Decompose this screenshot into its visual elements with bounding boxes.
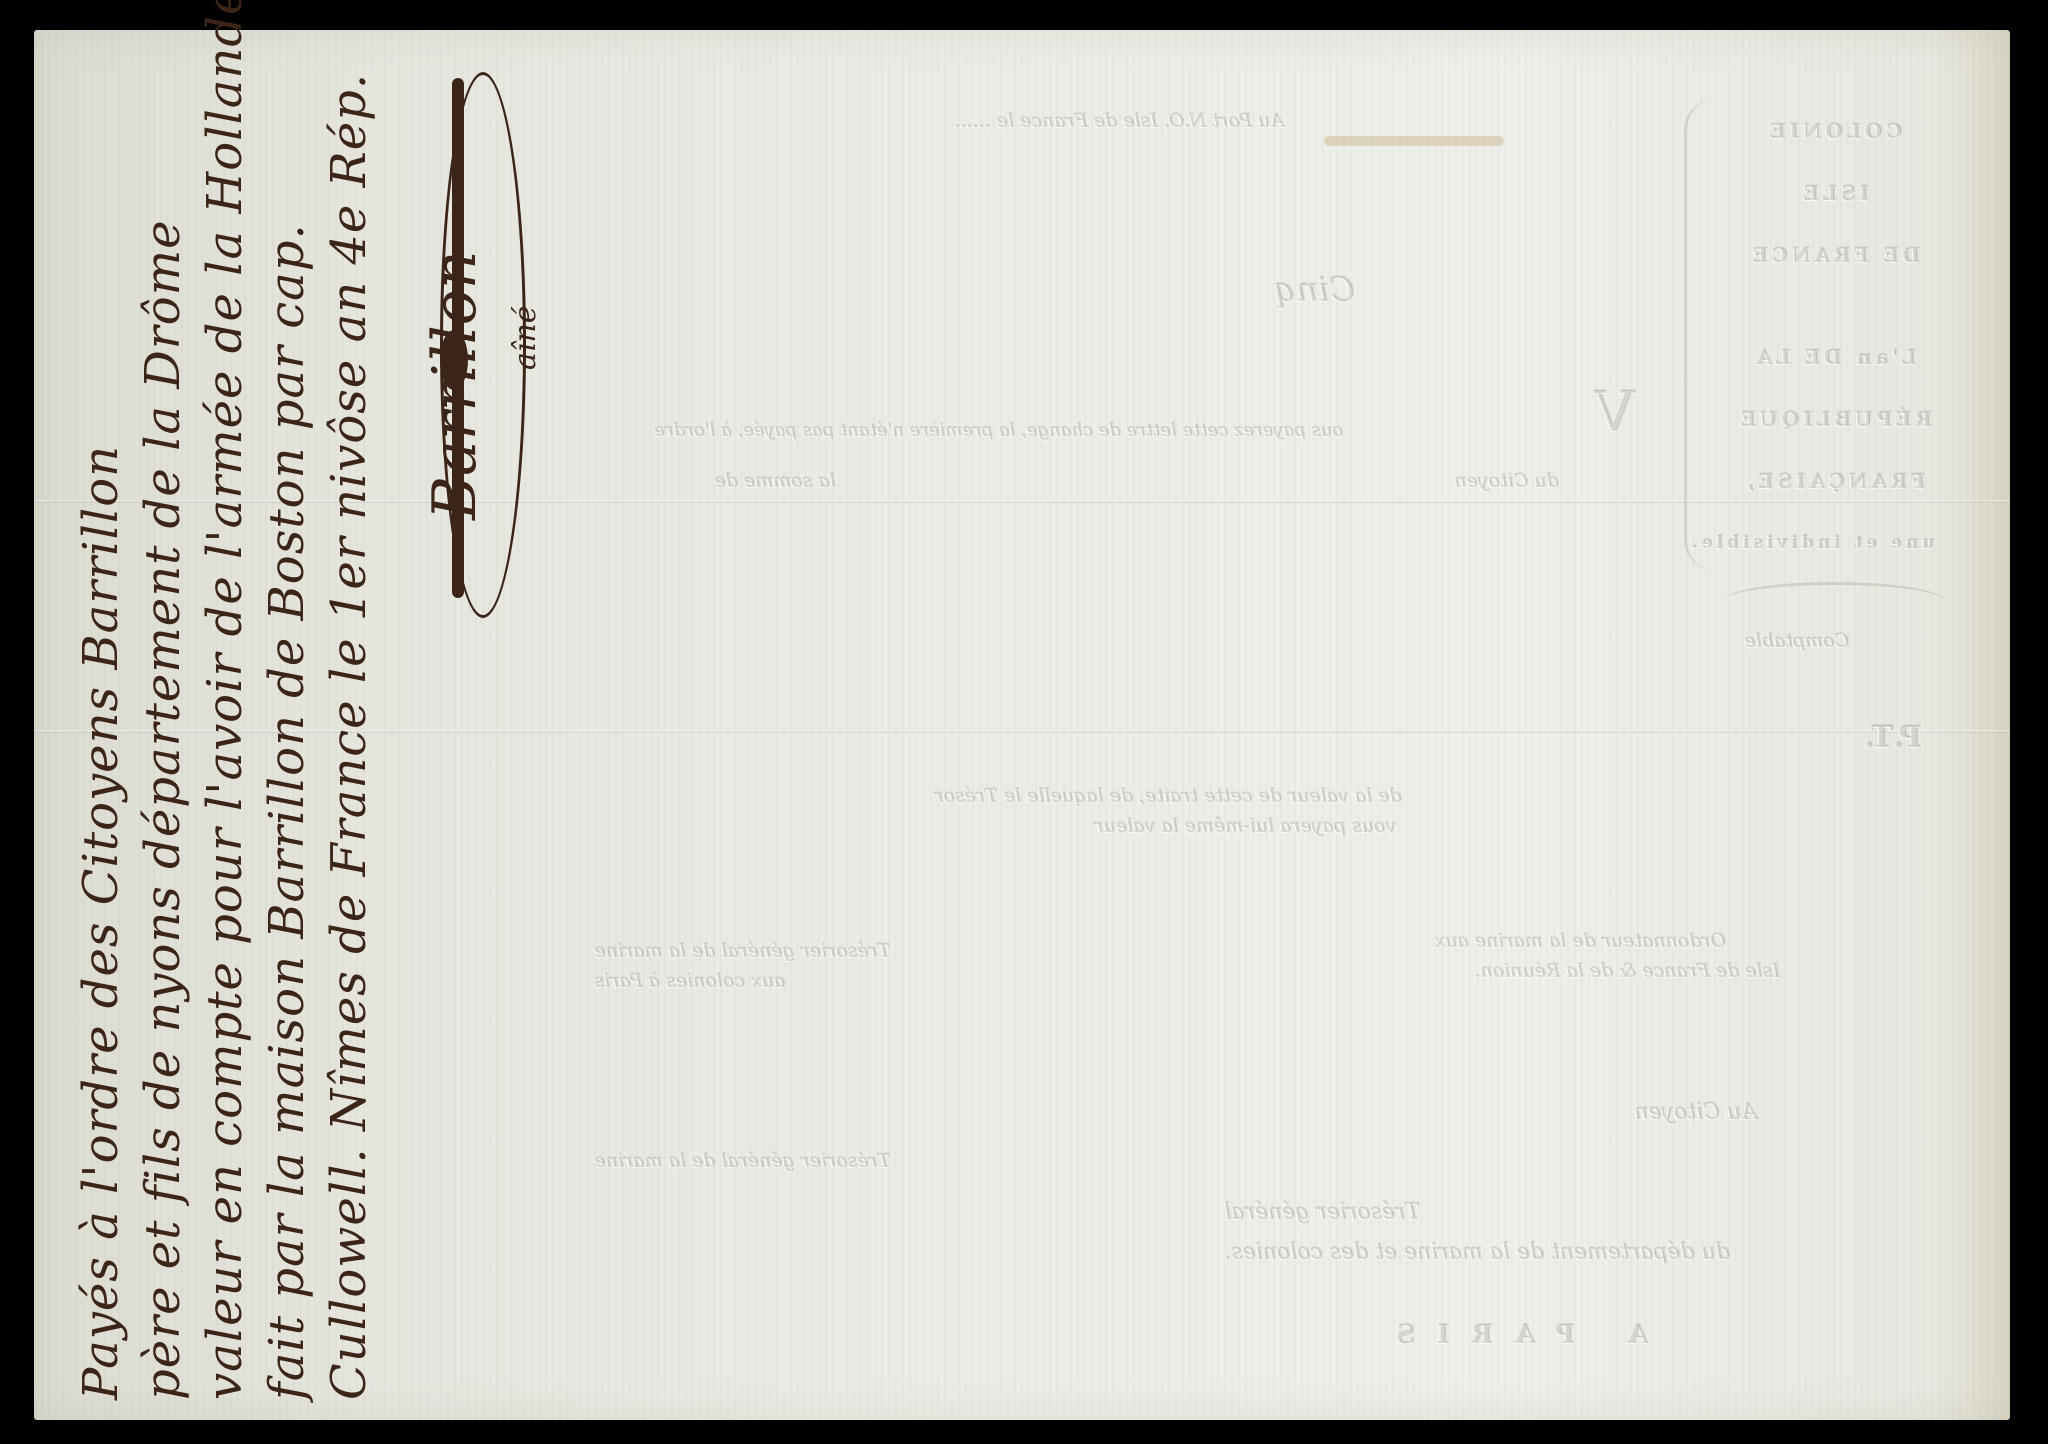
ordonnateur-line: Ordonnateur de la marine aux	[1434, 930, 1726, 952]
comptable-label: Comptable	[1744, 630, 1849, 652]
header-line: L'an DE LA	[1734, 326, 1934, 388]
header-line: une et indivisible.	[1734, 512, 1934, 574]
a-paris: A PARIS	[1374, 1320, 1648, 1350]
endorsement-line: valeur en compte pour l'avoir de l'armée…	[194, 10, 256, 1400]
header-line: ISLE	[1734, 162, 1934, 224]
place-date-line: Au Port N.O. Isle de France le ......	[954, 110, 1284, 132]
endorsement-line: père et fils de nyons département de la …	[132, 10, 194, 1400]
signature: Barrillon aîné	[420, 250, 543, 520]
colony-header: COLONIE ISLE DE FRANCE L'an DE LA RÉPUBL…	[1734, 100, 1934, 574]
left-mid-line: aux colonies à Paris	[594, 970, 785, 992]
au-citoyen: Au Citoyen	[1634, 1100, 1757, 1125]
tresorier-line: du département de la marine et des colon…	[1224, 1240, 1729, 1265]
left-lower-line: Trésorier général de la marine	[594, 1150, 890, 1172]
ink-stain	[1324, 136, 1504, 146]
sum-line: la somme de	[714, 470, 835, 492]
header-line: COLONIE	[1734, 100, 1934, 162]
tresorier-line: Trésorier général	[1224, 1200, 1420, 1225]
drop-cap: V	[1594, 380, 1634, 445]
endorsement-line: Cullowell. Nîmes de France le 1er nivôse…	[318, 10, 380, 1400]
left-mid-line: Trésorier général de la marine	[594, 940, 890, 962]
mid-line: de la valeur de cette traite, de laquell…	[934, 785, 1401, 807]
body-line: ous payerez cette lettre de change, la p…	[654, 420, 1343, 441]
header-line: FRANÇAISE,	[1734, 450, 1934, 512]
endorsement-line: Payés à l'ordre des Citoyens Barrillon	[70, 10, 132, 1400]
header-line: DE FRANCE	[1734, 224, 1934, 286]
citoyen-line: du Citoyen	[1454, 470, 1558, 492]
signature-name: Barrillon	[420, 250, 490, 520]
header-line: RÉPUBLIQUE	[1734, 388, 1934, 450]
handwritten-endorsement: Payés à l'ordre des Citoyens Barrillon p…	[70, 10, 380, 1400]
signature-title: aîné	[508, 250, 543, 370]
endorsement-line: fait par la maison Barrillon de Boston p…	[256, 10, 318, 1400]
pt-mark: P.T.	[1864, 720, 1921, 755]
amount-word: Cinq	[1274, 270, 1355, 310]
brace-ornament	[1724, 582, 1944, 619]
ordonnateur-line: Isle de France & de la Réunion.	[1474, 960, 1779, 982]
mid-line: vous payera lui-même la valeur	[1094, 815, 1396, 837]
